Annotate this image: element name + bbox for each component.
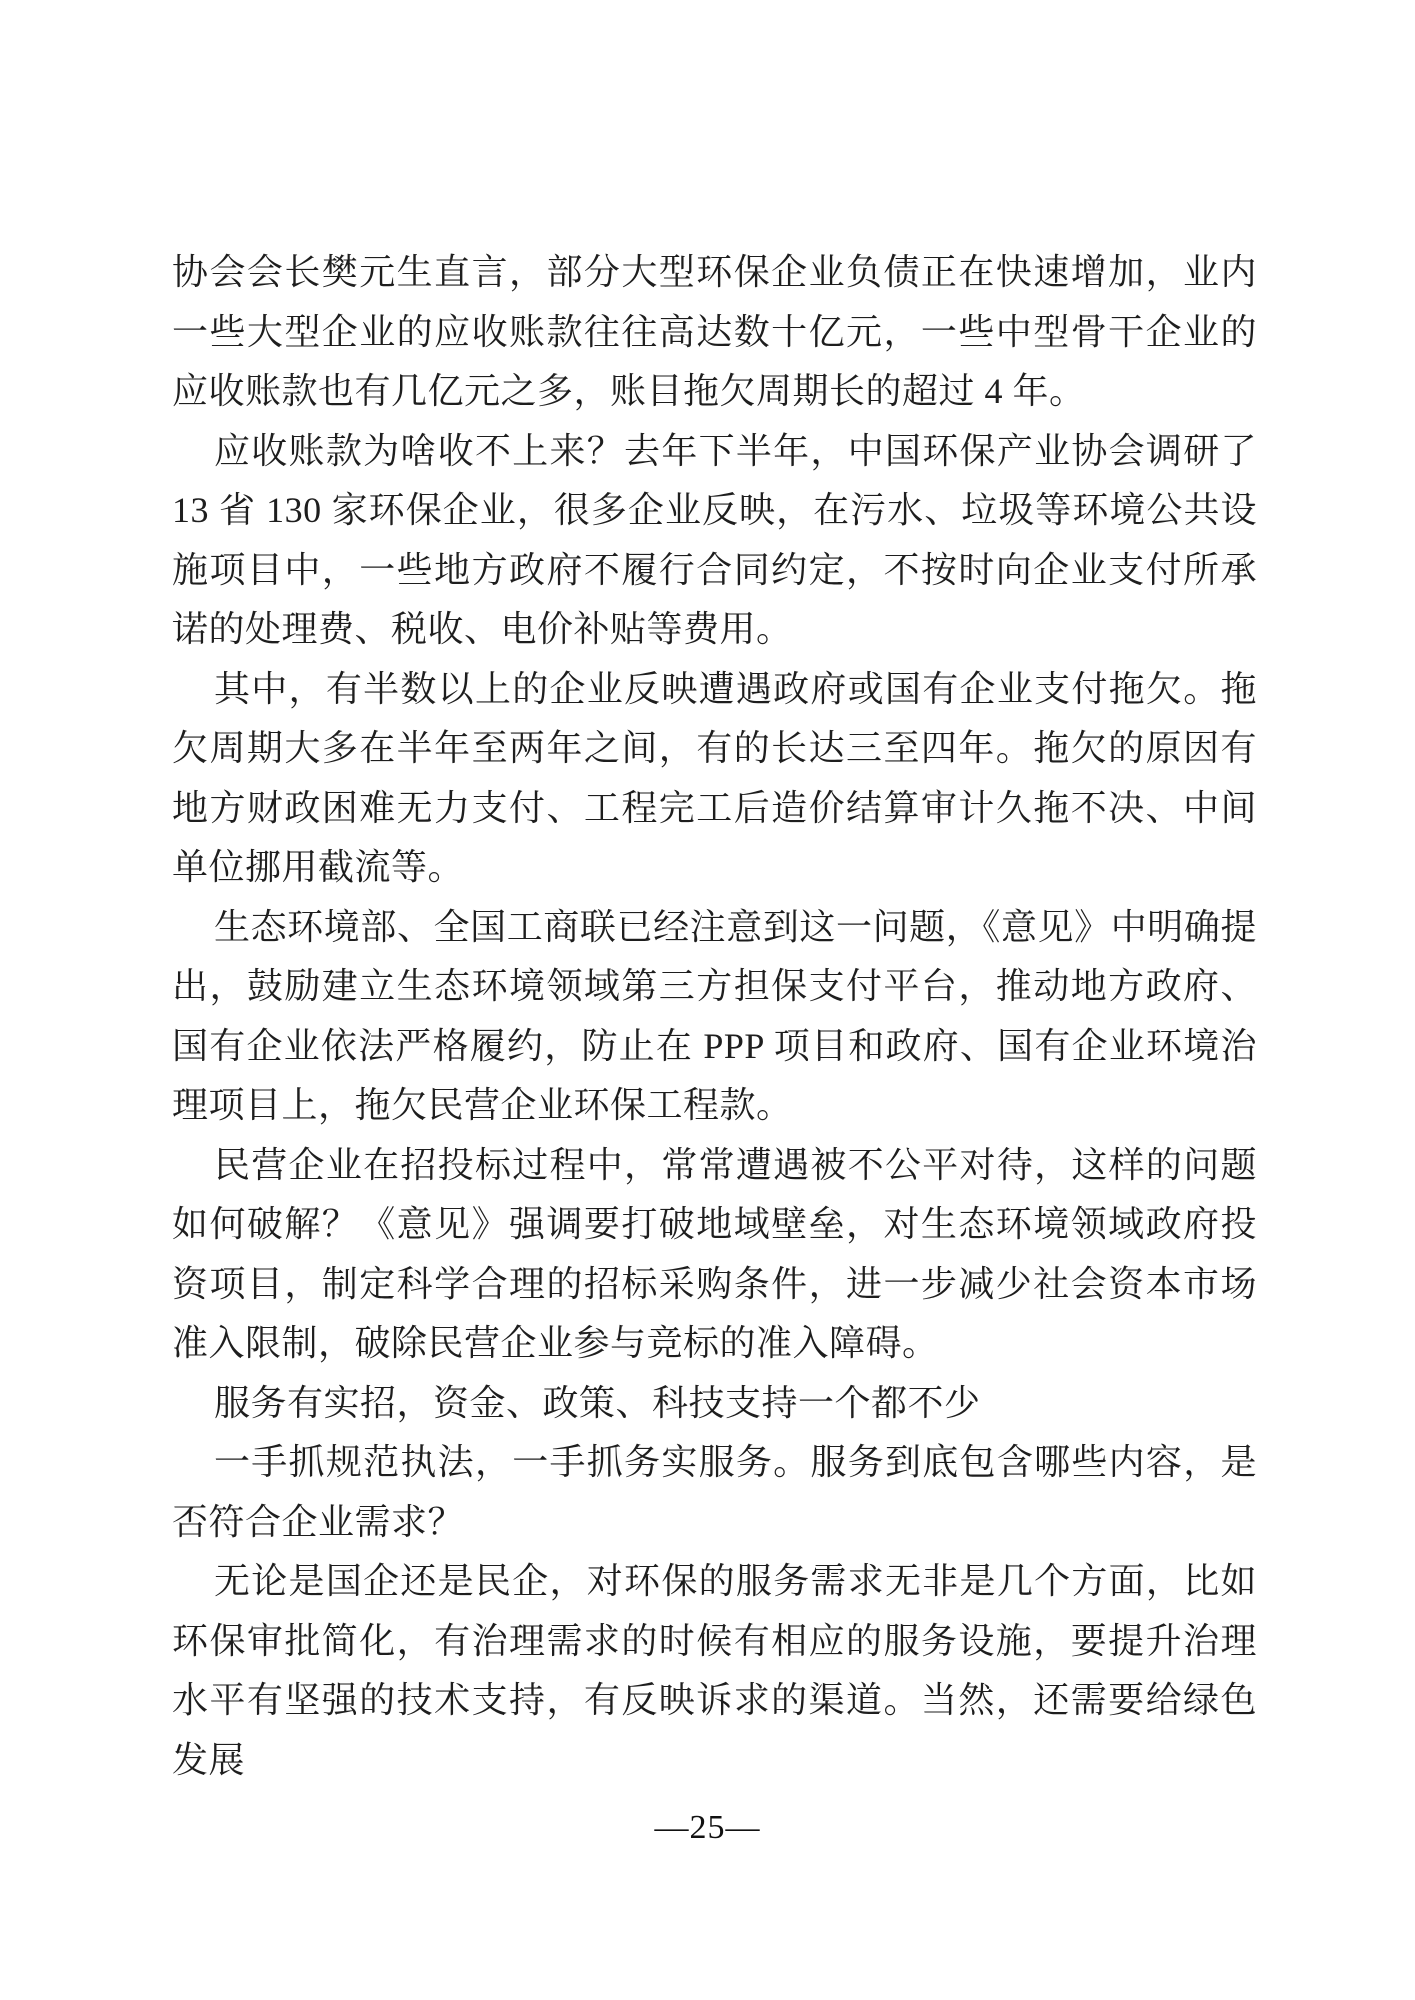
body-paragraph-2: 应收账款为啥收不上来？去年下半年，中国环保产业协会调研了 13 省 130 家环… xyxy=(172,422,1257,660)
body-text: 协会会长樊元生直言，部分大型环保企业负债正在快速增加，业内一些大型企业的应收账款… xyxy=(172,243,1257,1790)
body-paragraph-6: 服务有实招，资金、政策、科技支持一个都不少 xyxy=(172,1374,1257,1434)
body-paragraph-3: 其中，有半数以上的企业反映遭遇政府或国有企业支付拖欠。拖欠周期大多在半年至两年之… xyxy=(172,660,1257,898)
body-paragraph-1: 协会会长樊元生直言，部分大型环保企业负债正在快速增加，业内一些大型企业的应收账款… xyxy=(172,243,1257,422)
page-number: —25— xyxy=(0,1806,1415,1850)
document-page: 协会会长樊元生直言，部分大型环保企业负债正在快速增加，业内一些大型企业的应收账款… xyxy=(0,0,1415,2000)
body-paragraph-4: 生态环境部、全国工商联已经注意到这一问题，《意见》中明确提出，鼓励建立生态环境领… xyxy=(172,898,1257,1136)
body-paragraph-5: 民营企业在招投标过程中，常常遭遇被不公平对待，这样的问题如何破解？《意见》强调要… xyxy=(172,1136,1257,1374)
body-paragraph-8: 无论是国企还是民企，对环保的服务需求无非是几个方面，比如环保审批简化，有治理需求… xyxy=(172,1552,1257,1790)
body-paragraph-7: 一手抓规范执法，一手抓务实服务。服务到底包含哪些内容，是否符合企业需求？ xyxy=(172,1433,1257,1552)
